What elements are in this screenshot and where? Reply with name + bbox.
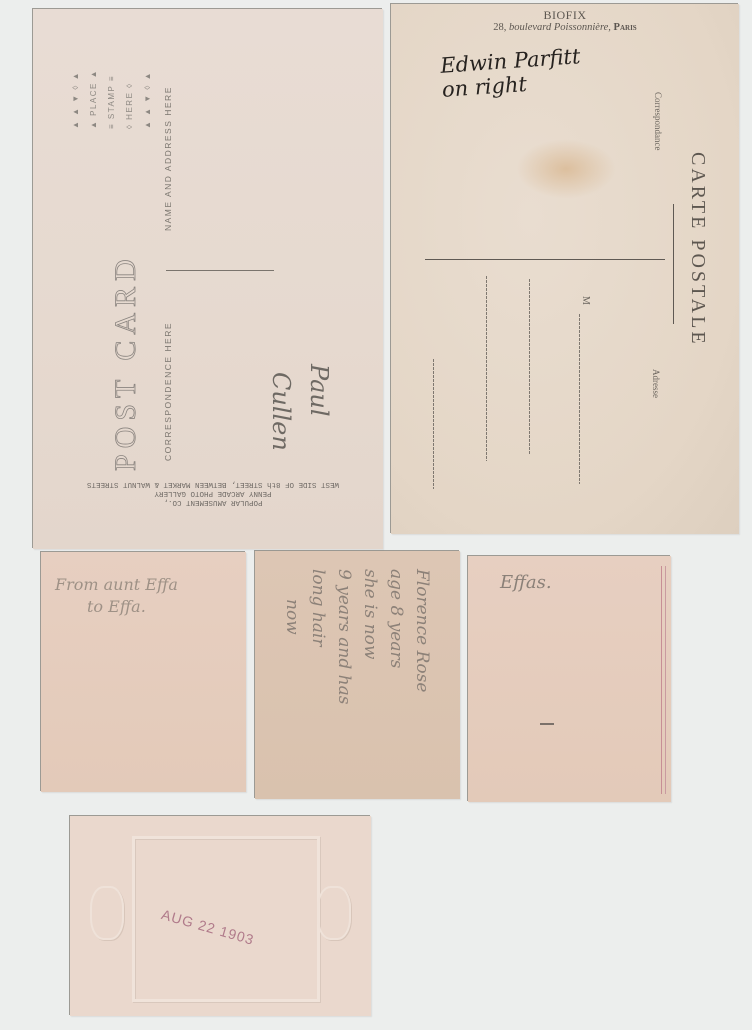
handwriting-line: 9 years and has (331, 569, 357, 704)
photo-card-effas: Effas. (468, 556, 671, 802)
post-card-back: POST CARD ▲ ▲ ▼ ◊ ▲ ▲ PLACE ▲ ≡ STAMP ≡ … (33, 9, 383, 549)
carte-postale-title: CARTE POSTALE (686, 152, 709, 347)
handwriting-line: age 8 years (383, 569, 409, 704)
stamp-box-line-4: ◊ HERE ◊ (125, 82, 134, 129)
publisher-imprint: POPULAR AMUSEMENT CO., PENNY ARCADE PHOT… (73, 479, 353, 506)
publisher-line: PENNY ARCADE PHOTO GALLERY (73, 488, 353, 497)
address-line-3 (486, 276, 487, 461)
divider-horizontal (425, 259, 665, 260)
carte-postale-back: BIOFIX 28, boulevard Poissonnière, Paris… (391, 4, 739, 534)
stamp-box-line-5: ▲ ▲ ▼ ◊ ▲ (143, 71, 152, 129)
handwriting-line: Florence Rose (409, 569, 435, 704)
stamp-box-line-3: ≡ STAMP ≡ (107, 75, 116, 129)
stamp-box-line-1: ▲ ▲ ▼ ◊ ▲ (71, 71, 80, 129)
publisher-line: POPULAR AMUSEMENT CO., (73, 497, 353, 506)
address-line-4 (433, 359, 434, 489)
border-line (665, 566, 666, 794)
embossed-ornament-right (317, 886, 351, 940)
handwriting-line: to Effa. (55, 596, 178, 618)
address-line-2 (529, 279, 530, 454)
handwriting-cullen: Cullen (267, 372, 295, 451)
handwriting-aunt-effa: From aunt Effa to Effa. (55, 574, 178, 618)
correspondence-label: CORRESPONDENCE HERE (163, 322, 173, 461)
publisher-brand: BIOFIX (391, 8, 739, 23)
adresse-label: Adresse (651, 369, 661, 398)
embossed-card-date-stamped: AUG 22 1903 (70, 816, 371, 1016)
post-card-title: POST CARD (109, 253, 143, 471)
divider-vertical (673, 204, 674, 324)
handwriting-line: From aunt Effa (55, 574, 178, 596)
handwriting-florence-rose: Florence Rose age 8 years she is now 9 y… (279, 569, 435, 704)
address-label: NAME AND ADDRESS HERE (163, 86, 173, 231)
m-label: M (580, 296, 591, 305)
correspondance-label: Correspondance (653, 92, 663, 150)
water-stain (516, 139, 616, 199)
handwriting-edwin-parfitt: Edwin Parfitt on right (439, 44, 582, 102)
address-city: Paris (614, 22, 637, 33)
publisher-line: WEST SIDE OF 8th STREET, BETWEEN MARKET … (73, 479, 353, 488)
publisher-address: 28, boulevard Poissonnière, Paris (391, 22, 739, 33)
border-line (661, 566, 662, 794)
address-street: boulevard Poissonnière, (509, 22, 614, 33)
pencil-mark (540, 723, 554, 725)
stamp-box-line-2: ▲ PLACE ▲ (89, 69, 98, 129)
address-line-1 (579, 314, 580, 484)
handwriting-line: now (279, 569, 305, 704)
address-divider (166, 270, 274, 271)
handwriting-paul: Paul (305, 364, 333, 417)
handwriting-line: she is now (357, 569, 383, 704)
photo-card-aunt-effa: From aunt Effa to Effa. (41, 552, 246, 792)
address-number: 28, (493, 22, 509, 33)
photo-card-florence-rose: Florence Rose age 8 years she is now 9 y… (255, 551, 460, 799)
handwriting-line: long hair (305, 569, 331, 704)
embossed-ornament-left (90, 886, 124, 940)
handwriting-effas: Effas. (500, 572, 552, 593)
